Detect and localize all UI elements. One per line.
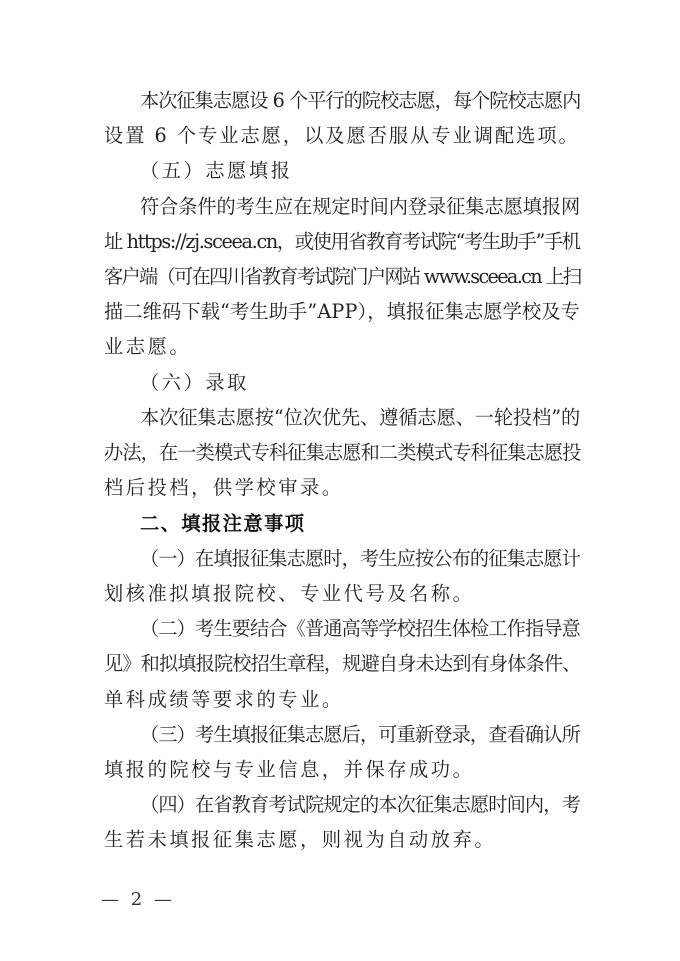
text-line: 本次征集志愿设 6 个平行的院校志愿，每个院校志愿内 [140, 89, 580, 113]
text-line: 址 https://zj.sceea.cn，或使用省教育考试院“考生助手”手机 [104, 230, 580, 254]
text-line: 生若未填报征集志愿，则视为自动放弃。 [104, 828, 580, 852]
text-line: （三）考生填报征集志愿后，可重新登录，查看确认所 [140, 723, 580, 747]
text-line: （二）考生要结合《普通高等学校招生体检工作指导意 [140, 617, 580, 641]
text-line: 档后投档，供学校审录。 [104, 476, 580, 500]
section-heading: （五）志愿填报 [140, 159, 580, 183]
document-page: 本次征集志愿设 6 个平行的院校志愿，每个院校志愿内 设置 6 个专业志愿，以及… [0, 0, 680, 961]
text-line: 设置 6 个专业志愿，以及愿否服从专业调配选项。 [104, 124, 580, 148]
text-line: 单科成绩等要求的专业。 [104, 688, 580, 712]
text-line: 符合条件的考生应在规定时间内登录征集志愿填报网 [140, 195, 580, 219]
text-line: 办法，在一类模式专科征集志愿和二类模式专科征集志愿投 [104, 441, 580, 465]
text-line: 业志愿。 [104, 335, 580, 359]
text-line: 描二维码下载“考生助手”APP），填报征集志愿学校及专 [104, 300, 580, 324]
chapter-heading: 二、填报注意事项 [140, 512, 580, 536]
text-line: 本次征集志愿按“位次优先、遵循志愿、一轮投档”的 [140, 406, 580, 430]
text-line: 见》和拟填报院校招生章程，规避自身未达到有身体条件、 [104, 652, 580, 676]
text-line: 填报的院校与专业信息，并保存成功。 [104, 758, 580, 782]
text-line: （四）在省教育考试院规定的本次征集志愿时间内，考 [140, 793, 580, 817]
page-number: — 2 — [101, 889, 175, 911]
text-line: （一）在填报征集志愿时，考生应按公布的征集志愿计 [140, 547, 580, 571]
text-line: 客户端（可在四川省教育考试院门户网站 www.sceea.cn 上扫 [104, 265, 580, 289]
section-heading: （六）录取 [140, 371, 580, 395]
text-line: 划核准拟填报院校、专业代号及名称。 [104, 582, 580, 606]
